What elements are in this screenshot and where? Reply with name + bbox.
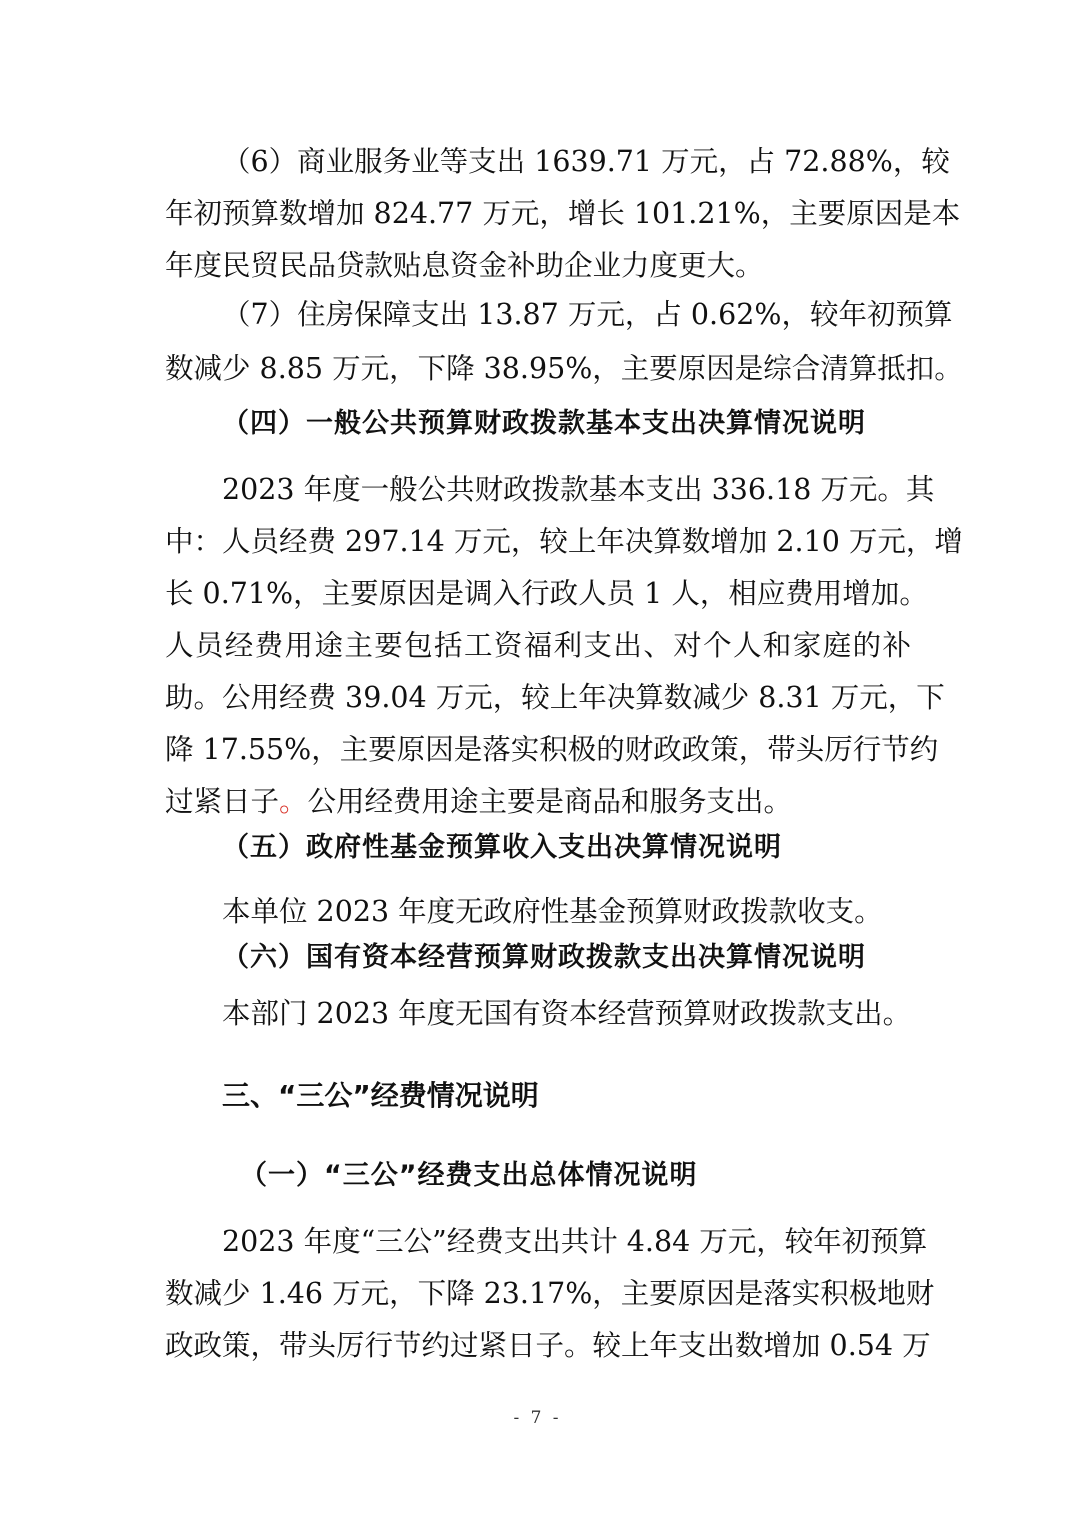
section-heading: （四）一般公共预算财政拨款基本支出决算情况说明 [222,404,866,444]
paragraph-line: 助。公用经费 39.04 万元，较上年决算数减少 8.31 万元，下 [165,678,911,718]
paragraph-line: 本部门 2023 年度无国有资本经营预算财政拨款支出。 [222,994,911,1034]
paragraph-line: 人员经费用途主要包括工资福利支出、对个人和家庭的补 [165,626,911,666]
paragraph-line: 数减少 1.46 万元，下降 23.17%，主要原因是落实积极地财 [165,1274,911,1314]
revision-mark: 。 [279,785,308,818]
paragraph-line: 2023 年度“三公”经费支出共计 4.84 万元，较年初预算 [222,1222,911,1262]
paragraph-line: 本单位 2023 年度无政府性基金预算财政拨款收支。 [222,892,911,932]
part-heading: 三、“三公”经费情况说明 [222,1076,539,1116]
paragraph-line: 年度民贸民品贷款贴息资金补助企业力度更大。 [165,246,911,286]
text-segment: 公用经费用途主要是商品和服务支出。 [308,785,793,818]
paragraph-line: 中：人员经费 297.14 万元，较上年决算数增加 2.10 万元，增 [165,522,911,562]
paragraph-line: 数减少 8.85 万元，下降 38.95%，主要原因是综合清算抵扣。 [165,349,911,389]
section-heading: （六）国有资本经营预算财政拨款支出决算情况说明 [222,938,866,978]
paragraph-line: 过紧日子。公用经费用途主要是商品和服务支出。 [165,782,911,822]
subsection-heading: （一）“三公”经费支出总体情况说明 [240,1156,698,1196]
document-page: （6）商业服务业等支出 1639.71 万元，占 72.88%，较 年初预算数增… [0,0,1075,1520]
paragraph-line: 年初预算数增加 824.77 万元，增长 101.21%，主要原因是本 [165,194,911,234]
paragraph-line: 2023 年度一般公共财政拨款基本支出 336.18 万元。其 [222,470,911,510]
paragraph-line: 长 0.71%，主要原因是调入行政人员 1 人，相应费用增加。 [165,574,911,614]
section-heading: （五）政府性基金预算收入支出决算情况说明 [222,828,782,868]
paragraph-line: 政政策，带头厉行节约过紧日子。较上年支出数增加 0.54 万 [165,1326,911,1366]
paragraph-line: （7）住房保障支出 13.87 万元，占 0.62%，较年初预算 [222,295,911,335]
paragraph-line: 降 17.55%，主要原因是落实积极的财政政策，带头厉行节约 [165,730,911,770]
page-number: - 7 - [0,1408,1075,1428]
text-segment: 过紧日子 [165,785,279,818]
paragraph-line: （6）商业服务业等支出 1639.71 万元，占 72.88%，较 [222,142,911,182]
